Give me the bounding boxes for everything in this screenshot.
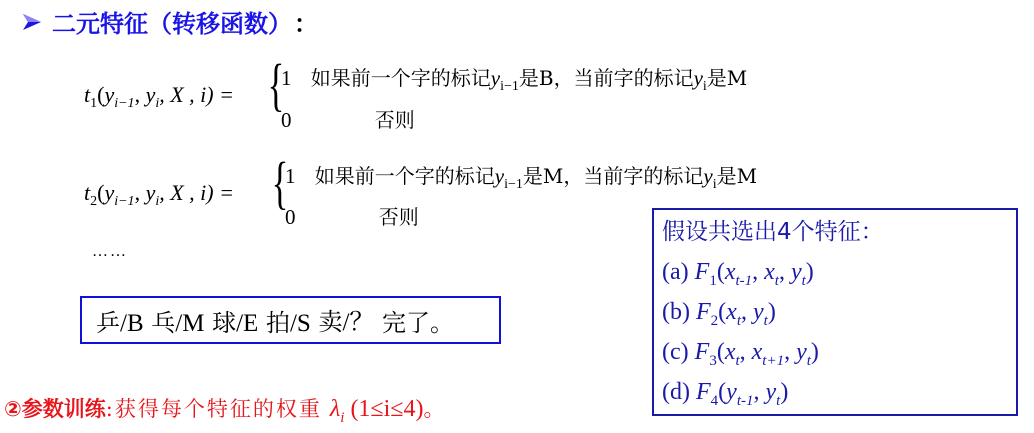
- seg-token: 乒/B: [96, 303, 144, 338]
- segmentation-example-box: 乒/B 乓/M 球/E 拍/S 卖/？ 完了。: [80, 296, 501, 344]
- step-text: 获得每个特征的权重: [115, 393, 322, 423]
- function-t2-case-0: 0 否则: [285, 201, 419, 230]
- feature-item-b: (b) F2(xt, yt): [662, 292, 1016, 332]
- seg-token: 卖/？: [318, 302, 374, 338]
- seg-token: 球/E: [212, 303, 258, 338]
- function-t1-lhs: t1(yi−1, yi, X , i) =: [84, 82, 234, 108]
- feature-item-c: (c) F3(xt, xt+1, yt): [662, 332, 1016, 372]
- function-t2-case-1: 1 如果前一个字的标记yi−1是M，当前字的标记yi是M: [285, 160, 757, 189]
- step-colon: :: [106, 397, 115, 421]
- feature-box-title: 假设共选出4个特征：: [662, 212, 1016, 252]
- function-t2-lhs: t2(yi−1, yi, X , i) =: [84, 180, 234, 206]
- parameter-training-note: ② 参数训练 : 获得每个特征的权重 λi (1≤i≤4) 。: [4, 393, 446, 423]
- function-t1-case-0: 0 否则: [281, 104, 415, 133]
- seg-token: 乓/M: [151, 303, 204, 338]
- section-heading: 二元特征（转移函数） ：: [22, 4, 318, 39]
- feature-item-d: (d) F4(yt-1, yt): [662, 372, 1016, 412]
- lambda-expression: λi (1≤i≤4): [330, 396, 424, 423]
- arrowhead-bullet-icon: [22, 13, 42, 31]
- heading-title: 二元特征（转移函数）: [52, 4, 292, 39]
- function-t1-case-1: 1 如果前一个字的标记yi−1是B，当前字的标记yi是M: [281, 62, 747, 91]
- seg-token: 完了。: [382, 303, 454, 338]
- heading-colon: ：: [294, 4, 318, 39]
- step-label: 参数训练: [22, 393, 106, 423]
- feature-list-box: 假设共选出4个特征： (a) F1(xt-1, xt, yt) (b) F2(x…: [652, 208, 1018, 416]
- step-marker: ②: [4, 397, 22, 421]
- feature-item-a: (a) F1(xt-1, xt, yt): [662, 252, 1016, 292]
- ellipsis: ……: [92, 243, 128, 261]
- seg-token: 拍/S: [266, 303, 311, 338]
- step-end: 。: [423, 393, 446, 423]
